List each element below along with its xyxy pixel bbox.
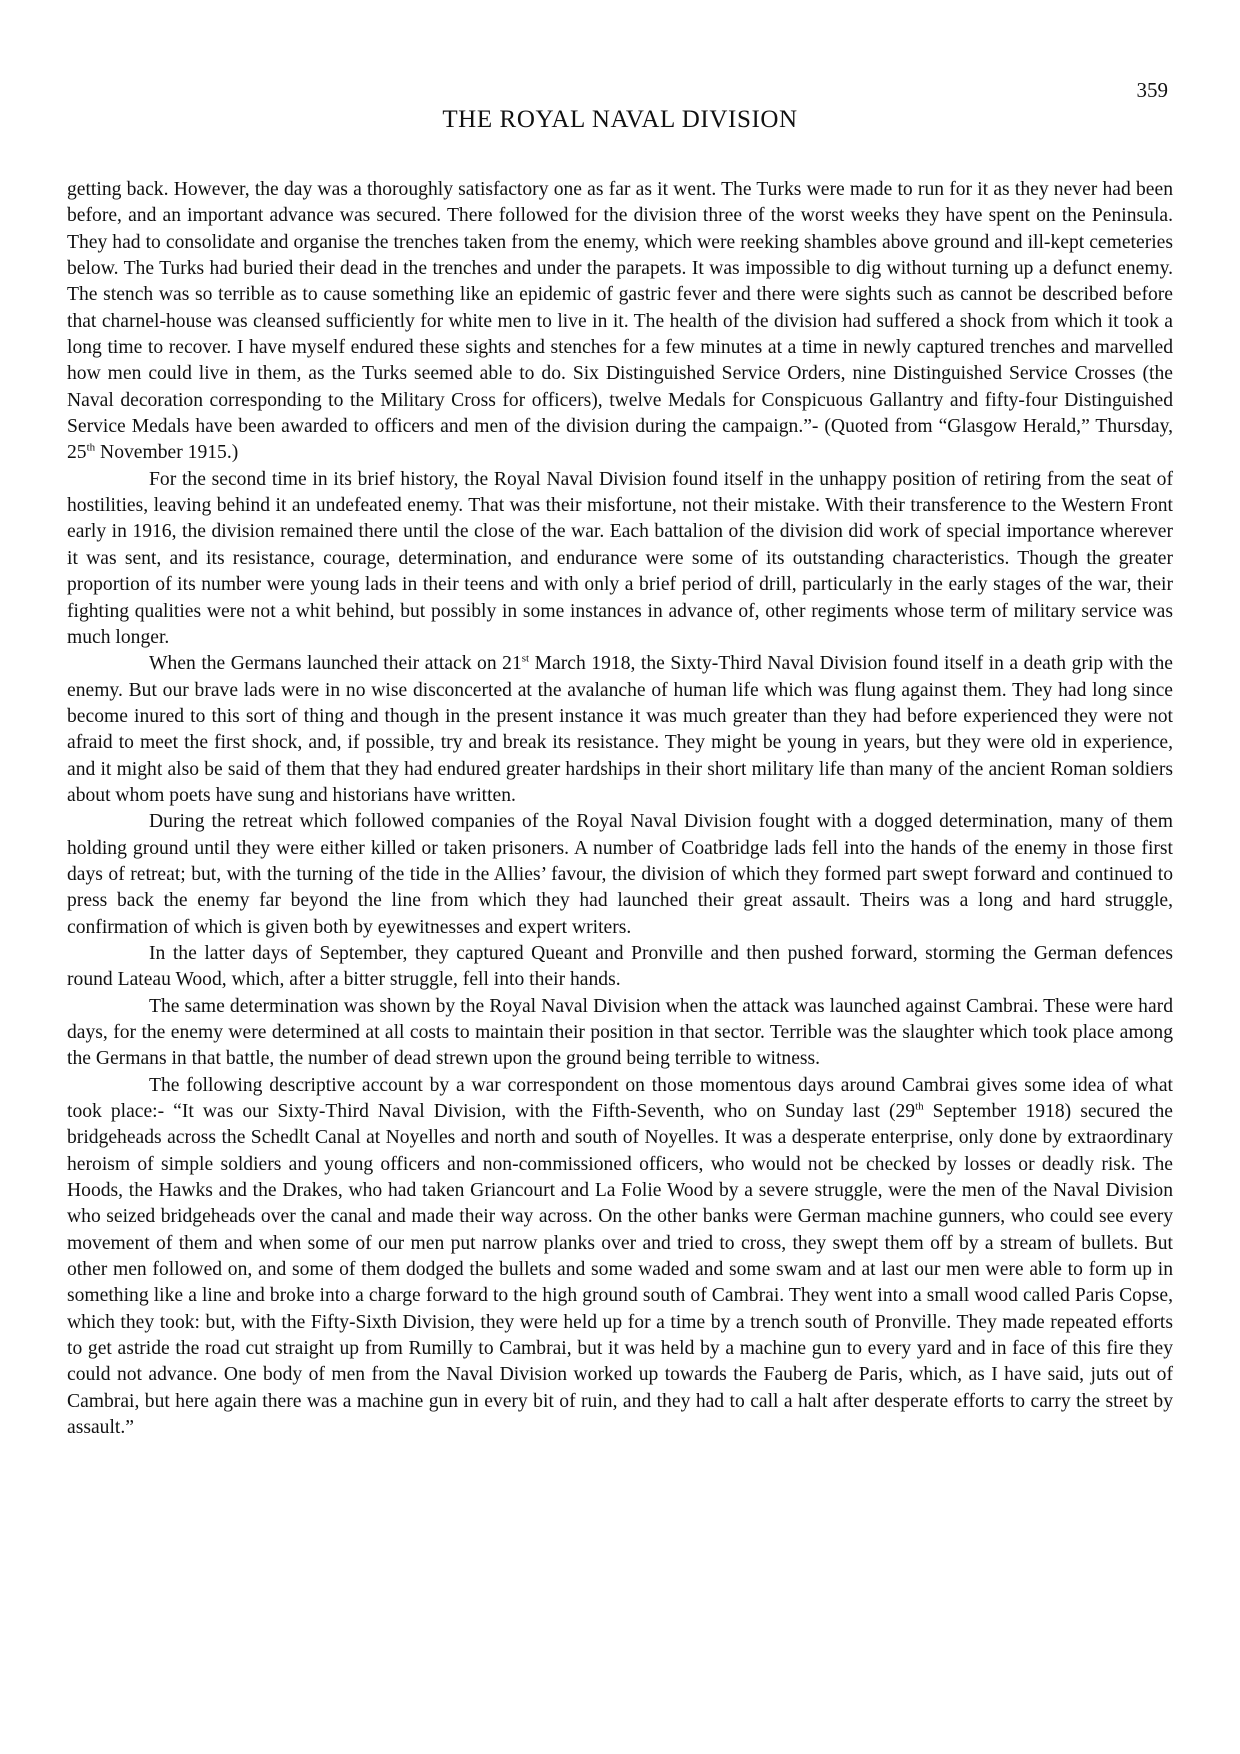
paragraph-3: When the Germans launched their attack o… (67, 651, 1173, 809)
running-title: THE ROYAL NAVAL DIVISION (0, 106, 1240, 134)
paragraph-7: The following descriptive account by a w… (67, 1073, 1173, 1442)
page-number: 359 (1137, 78, 1169, 103)
body-text: getting back. However, the day was a tho… (67, 177, 1173, 1442)
paragraph-1: getting back. However, the day was a tho… (67, 177, 1173, 467)
paragraph-4: During the retreat which followed compan… (67, 809, 1173, 941)
paragraph-5: In the latter days of September, they ca… (67, 941, 1173, 994)
paragraph-6: The same determination was shown by the … (67, 994, 1173, 1073)
paragraph-2: For the second time in its brief history… (67, 467, 1173, 651)
